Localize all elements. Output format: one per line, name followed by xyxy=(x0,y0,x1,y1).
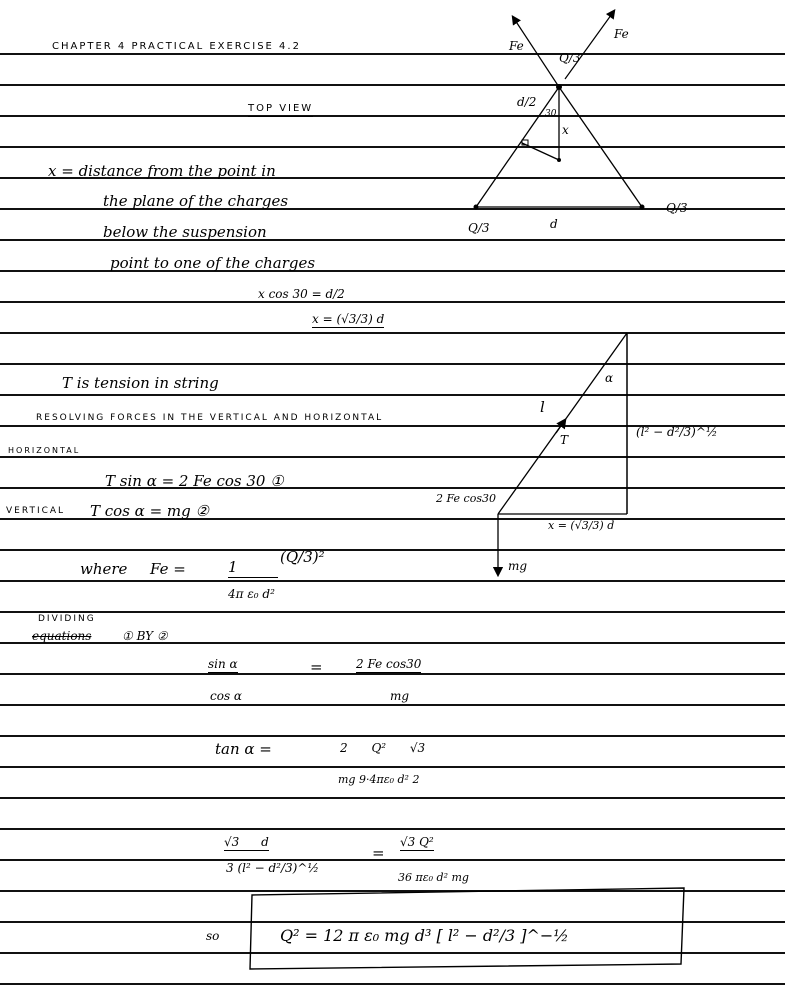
tension-note: T is tension in string xyxy=(62,376,219,391)
definition-line-1: x = distance from the point in xyxy=(48,164,276,179)
force-right-label: Fe xyxy=(614,28,629,40)
horizontal-label: HORIZONTAL xyxy=(8,447,80,455)
step-numerator-right: √3 Q² xyxy=(400,836,434,851)
ratio-denominator-right: mg xyxy=(390,690,409,702)
step-denominator-left: 3 (l² − d²/3)^½ xyxy=(226,862,319,874)
fe-charge: (Q/3)² xyxy=(280,550,325,565)
left-charge-label: Q/3 xyxy=(468,222,490,234)
top-view-diagram xyxy=(0,0,785,989)
weight-label: mg xyxy=(508,560,527,572)
vertical-equation: T cos α = mg ② xyxy=(90,504,209,519)
step-denominator-right: 36 πε₀ d² mg xyxy=(398,872,469,883)
base-x-label: x = (√3/3) d xyxy=(548,520,614,531)
string-length-label: l xyxy=(540,400,545,415)
tan-denominator: mg 9·4πε₀ d² 2 xyxy=(338,774,419,785)
fe-denominator: 4π ε₀ d² xyxy=(228,588,275,600)
vertical-label: VERTICAL xyxy=(6,507,65,516)
ratio-numerator-right: 2 Fe cos30 xyxy=(356,658,421,673)
top-charge-label: Q/3 xyxy=(559,52,581,64)
definition-line-2: the plane of the charges xyxy=(103,194,288,209)
where-label: where xyxy=(80,562,127,577)
height-label: x xyxy=(562,124,569,136)
definition-line-4: point to one of the charges xyxy=(110,256,315,271)
resolving-heading: RESOLVING FORCES IN THE VERTICAL AND HOR… xyxy=(36,414,383,423)
dividing-rest: ① BY ② xyxy=(122,630,168,642)
vertical-side-label: (l² − d²/3)^½ xyxy=(636,426,718,438)
definition-line-3: below the suspension xyxy=(103,225,267,240)
alpha-label: α xyxy=(605,372,613,384)
force-left-label: Fe xyxy=(509,40,524,52)
right-charge-label: Q/3 xyxy=(666,202,688,214)
fe-lhs: Fe = xyxy=(150,562,186,577)
step-numerator-left: √3 d xyxy=(224,836,269,851)
step-equals: = xyxy=(372,846,385,861)
ratio-denominator-left: cos α xyxy=(210,690,242,702)
base-label: d xyxy=(550,218,558,230)
angle-label: 30 xyxy=(545,110,556,119)
horizontal-equation: T sin α = 2 Fe cos 30 ① xyxy=(105,474,284,489)
eq-x-cos30: x cos 30 = d/2 xyxy=(258,288,345,300)
half-side-label: d/2 xyxy=(517,96,536,108)
tan-lhs: tan α = xyxy=(215,742,272,757)
eq-x-value: x = (√3/3) d xyxy=(312,313,384,328)
fe-numerator: 1 xyxy=(228,560,278,578)
ratio-numerator-left: sin α xyxy=(208,658,238,673)
tension-label: T xyxy=(560,434,568,446)
final-result: Q² = 12 π ε₀ mg d³ [ l² − d²/3 ]^−½ xyxy=(280,928,569,944)
ratio-equals: = xyxy=(310,660,323,675)
dividing-label: DIVIDING xyxy=(38,615,96,624)
horizontal-force-label: 2 Fe cos30 xyxy=(436,493,496,504)
tan-numerator: 2 Q² √3 xyxy=(340,742,425,754)
so-label: so xyxy=(206,930,219,942)
struck-word: equations xyxy=(32,630,91,642)
